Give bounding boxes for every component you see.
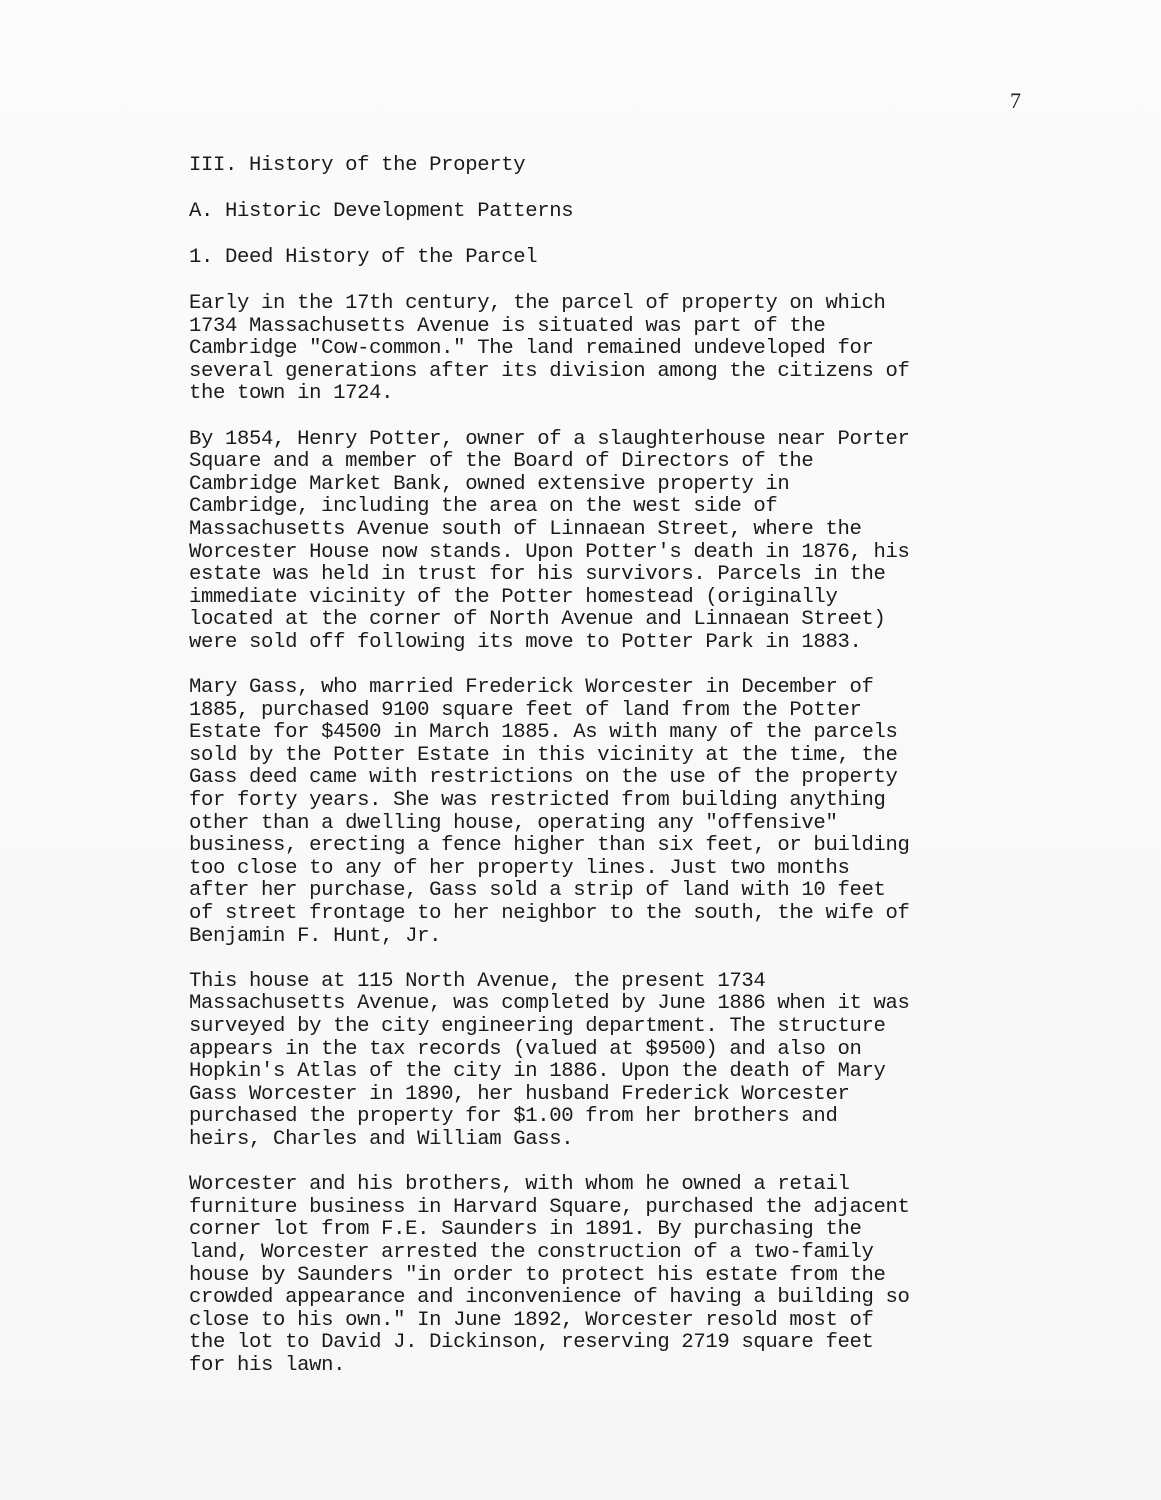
- subsection-heading: A. Historic Development Patterns: [189, 201, 1049, 247]
- subsubsection-heading: 1. Deed History of the Parcel: [189, 247, 1049, 293]
- document-page: 7 III. History of the Property A. Histor…: [0, 0, 1161, 1500]
- body-paragraph: By 1854, Henry Potter, owner of a slaugh…: [189, 429, 1049, 655]
- body-paragraph: Worcester and his brothers, with whom he…: [189, 1174, 1049, 1377]
- page-number: 7: [1010, 88, 1021, 114]
- body-paragraph: Early in the 17th century, the parcel of…: [189, 293, 1049, 406]
- paragraph-list: Early in the 17th century, the parcel of…: [189, 293, 1049, 1378]
- body-paragraph: This house at 115 North Avenue, the pres…: [189, 971, 1049, 1152]
- body-paragraph: Mary Gass, who married Frederick Worcest…: [189, 677, 1049, 948]
- document-body: III. History of the Property A. Historic…: [189, 155, 1049, 1400]
- section-heading: III. History of the Property: [189, 155, 1049, 201]
